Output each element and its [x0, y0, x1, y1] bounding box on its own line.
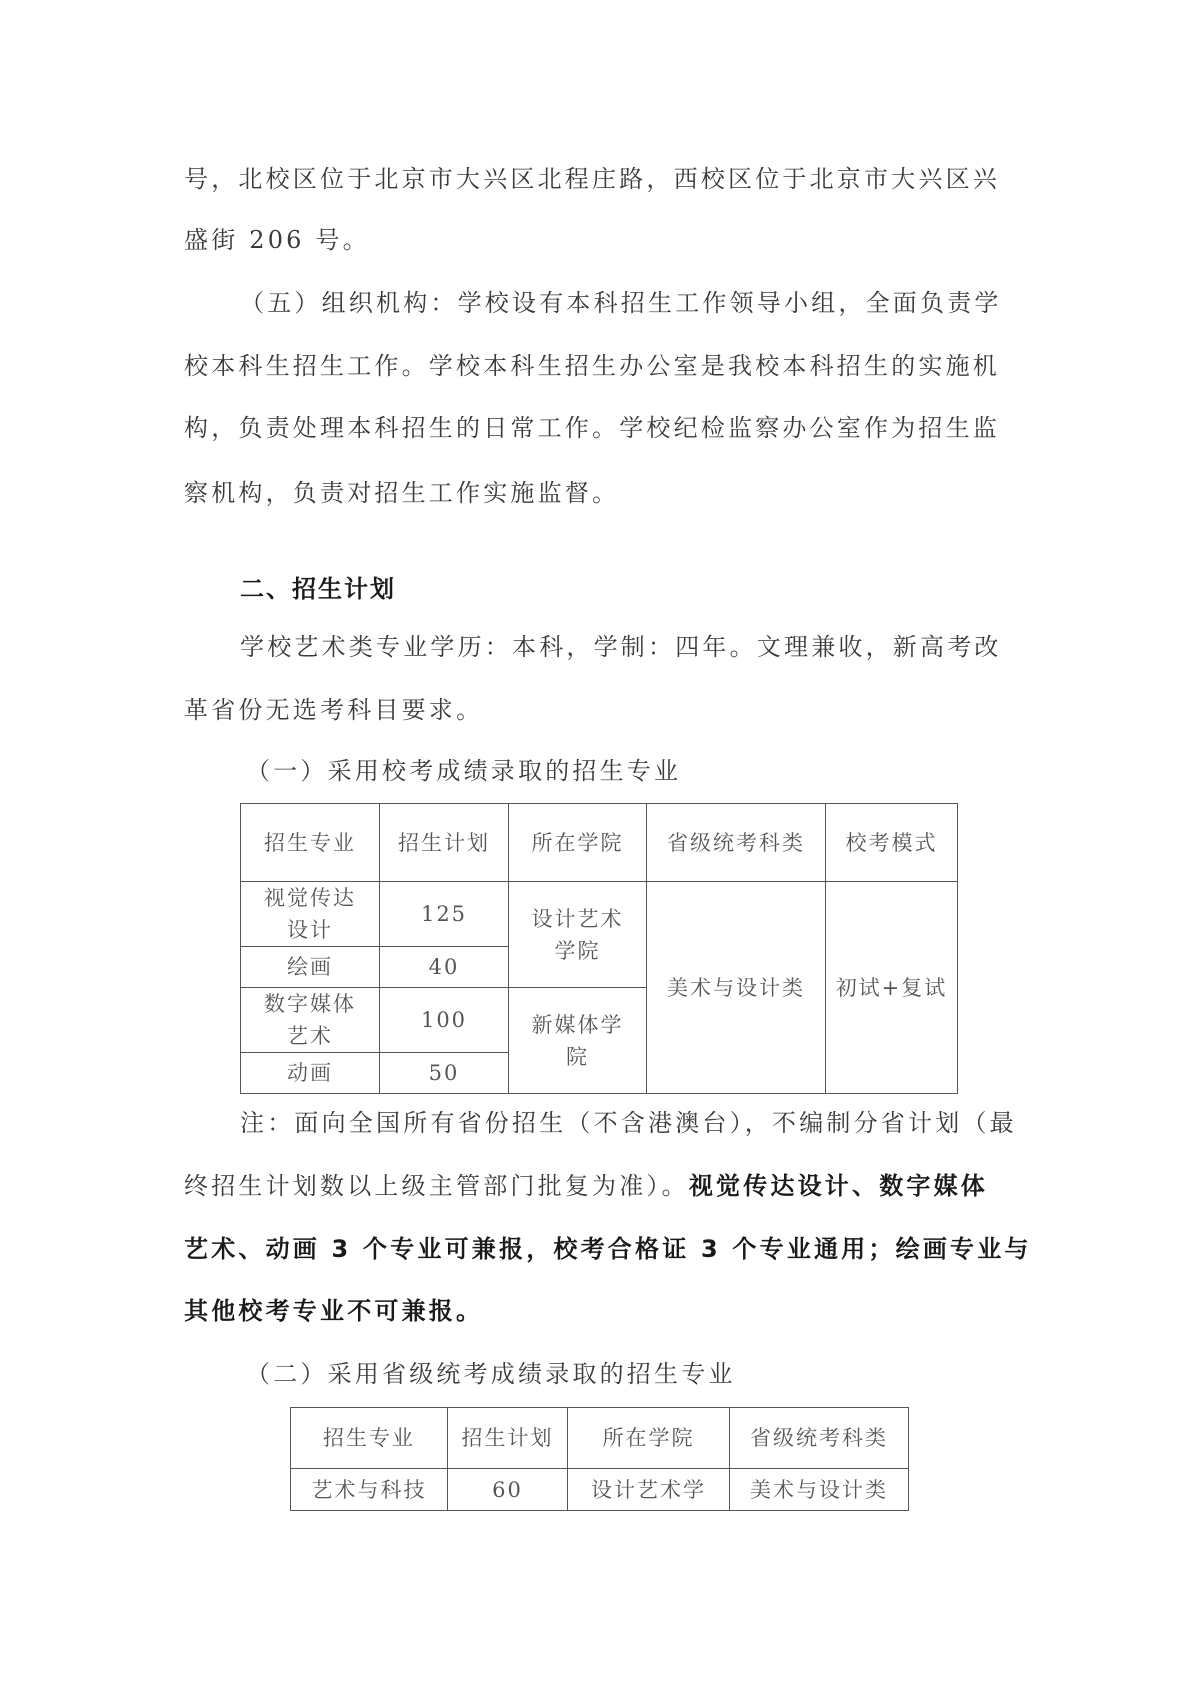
paragraph-line: 构，负责处理本科招生的日常工作。学校纪检监察办公室作为招生监 [184, 413, 1018, 443]
paragraph-line: （五）组织机构：学校设有本科招生工作领导小组，全面负责学 [240, 288, 1020, 318]
cell-major: 数字媒体艺术 [241, 988, 380, 1053]
cell-plan: 125 [380, 882, 509, 947]
admission-table-provincial-exam: 招生专业 招生计划 所在学院 省级统考科类 艺术与科技 60 设计艺术学 美术与… [290, 1407, 909, 1511]
table-header: 校考模式 [826, 804, 958, 882]
cell-major: 动画 [241, 1053, 380, 1094]
paragraph-line: 学校艺术类专业学历：本科，学制：四年。文理兼收，新高考改 [240, 632, 1020, 662]
paragraph-line: 盛街 206 号。 [184, 225, 1018, 255]
cell-college: 新媒体学院 [509, 988, 647, 1094]
cell-exam-mode: 初试+复试 [826, 882, 958, 1094]
cell-major: 艺术与科技 [291, 1469, 448, 1511]
note-emphasis: 视觉传达设计、数字媒体 [689, 1172, 988, 1200]
cell-college: 设计艺术学院 [509, 882, 647, 988]
paragraph-line: 号，北校区位于北京市大兴区北程庄路，西校区位于北京市大兴区兴 [184, 164, 1018, 194]
note-line: 注：面向全国所有省份招生（不含港澳台），不编制分省计划（最 [240, 1108, 1020, 1138]
table-header: 所在学院 [568, 1408, 730, 1469]
cell-exam-category: 美术与设计类 [730, 1469, 909, 1511]
cell-exam-category: 美术与设计类 [647, 882, 826, 1094]
cell-plan: 100 [380, 988, 509, 1053]
note-line: 终招生计划数以上级主管部门批复为准）。视觉传达设计、数字媒体 [184, 1171, 1018, 1201]
table-header: 所在学院 [509, 804, 647, 882]
table-caption: （二）采用省级统考成绩录取的招生专业 [246, 1359, 1080, 1389]
admission-table-school-exam: 招生专业 招生计划 所在学院 省级统考科类 校考模式 视觉传达设计 125 设计… [240, 803, 958, 1094]
note-emphasis-line: 艺术、动画 3 个专业可兼报，校考合格证 3 个专业通用；绘画专业与 [184, 1234, 1018, 1264]
cell-major: 视觉传达设计 [241, 882, 380, 947]
cell-college: 设计艺术学 [568, 1469, 730, 1511]
table-header: 招生计划 [448, 1408, 568, 1469]
cell-plan: 60 [448, 1469, 568, 1511]
note-text: 终招生计划数以上级主管部门批复为准）。 [184, 1172, 689, 1200]
paragraph-line: 革省份无选考科目要求。 [184, 695, 1018, 725]
paragraph-line: 校本科生招生工作。学校本科生招生办公室是我校本科招生的实施机 [184, 351, 1018, 381]
cell-plan: 40 [380, 947, 509, 988]
table-header: 招生专业 [291, 1408, 448, 1469]
table-header: 招生计划 [380, 804, 509, 882]
paragraph-line: 察机构，负责对招生工作实施监督。 [184, 478, 1018, 508]
note-emphasis-line: 其他校考专业不可兼报。 [184, 1296, 1018, 1326]
table-header: 省级统考科类 [730, 1408, 909, 1469]
table-header: 省级统考科类 [647, 804, 826, 882]
table-header: 招生专业 [241, 804, 380, 882]
table-caption: （一）采用校考成绩录取的招生专业 [246, 756, 1080, 786]
cell-major: 绘画 [241, 947, 380, 988]
section-heading: 二、招生计划 [240, 569, 396, 604]
cell-plan: 50 [380, 1053, 509, 1094]
